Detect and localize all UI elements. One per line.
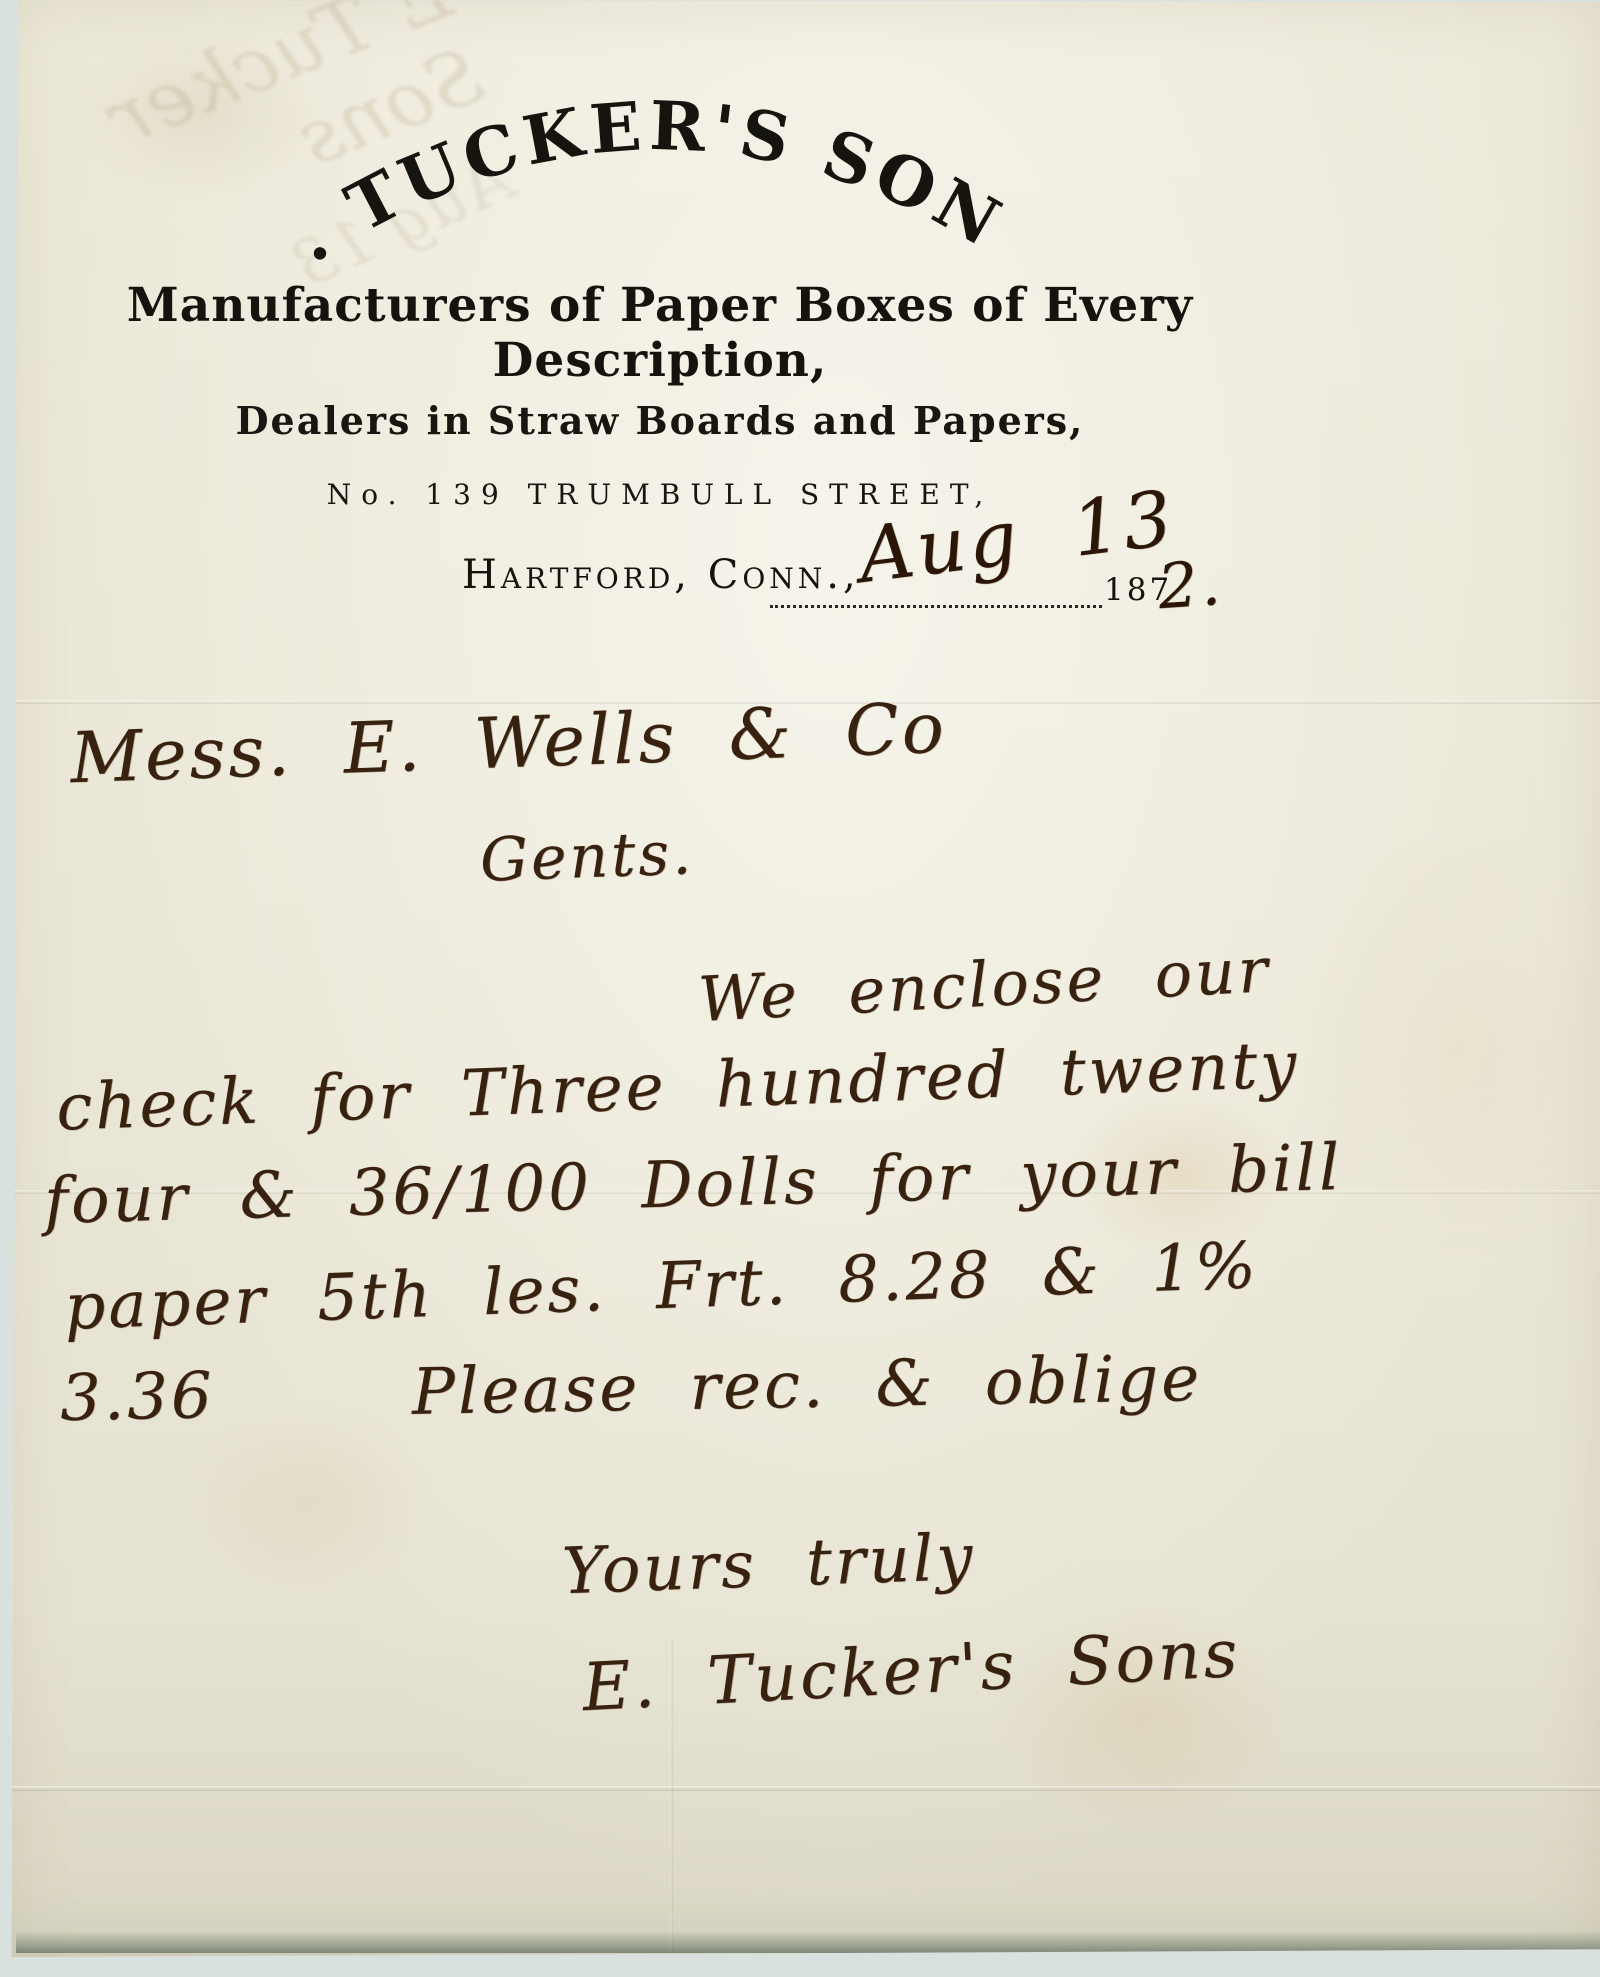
company-name-arch: E. TUCKER'S SONS, — [10, 28, 1310, 308]
paper-bottom-edge — [16, 1931, 1600, 1953]
company-name: E. TUCKER'S SONS, — [10, 28, 1018, 278]
salutation-line: Gents. — [479, 818, 695, 895]
letterhead-line-manufacturers: Manufacturers of Paper Boxes of Every De… — [10, 278, 1310, 388]
stain — [1290, 820, 1600, 1280]
signature-line: E. Tucker's Sons — [580, 1615, 1242, 1726]
recipient-line: Mess. E. Wells & Co — [69, 687, 948, 800]
body-line: four & 36/100 Dolls for your bill — [43, 1131, 1343, 1239]
body-line: We enclose our — [696, 933, 1272, 1036]
svg-text:E. TUCKER'S SONS,: E. TUCKER'S SONS, — [10, 28, 1018, 278]
fold-crease — [10, 1786, 1600, 1791]
body-line: 3.36 Please rec. & oblige — [59, 1342, 1202, 1436]
closing-line: Yours truly — [561, 1521, 977, 1609]
letterhead-line-dealers: Dealers in Straw Boards and Papers, — [10, 398, 1310, 443]
body-line: paper 5th les. Frt. 8.28 & 1% — [63, 1229, 1260, 1345]
body-line: check for Three hundred twenty — [55, 1028, 1300, 1145]
letter-paper: E Tucker Sons Aug 13 E. TUCKER'S SONS, M… — [10, 0, 1600, 1961]
handwritten-year-digit: 2. — [1156, 546, 1226, 623]
